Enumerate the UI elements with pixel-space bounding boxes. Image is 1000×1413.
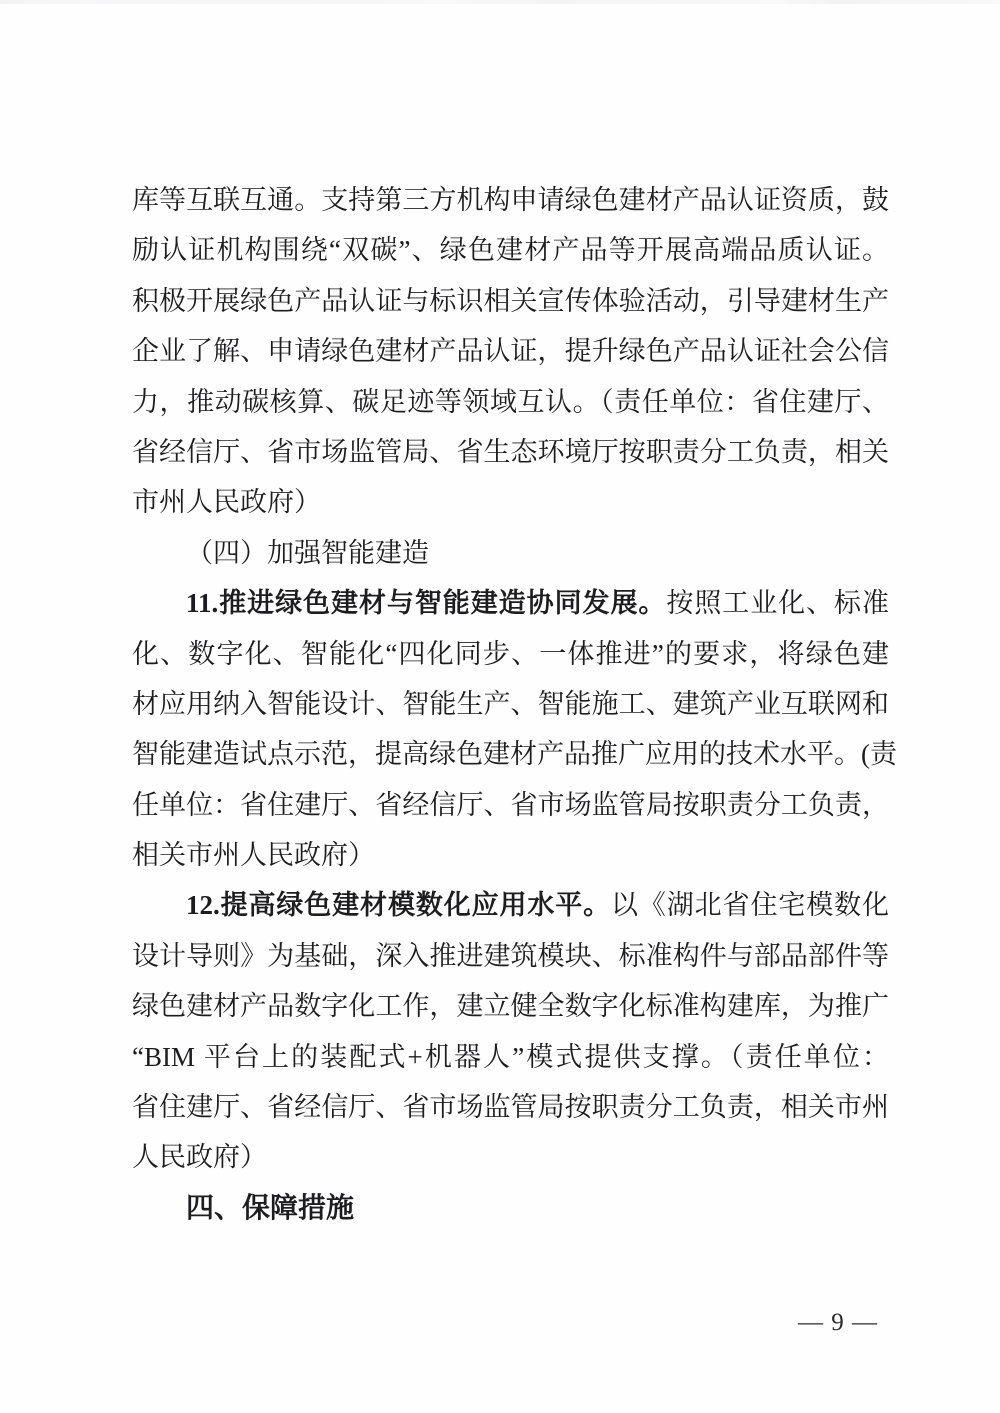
text-line: 12.提高绿色建材模数化应用水平。以《湖北省住宅模数化: [132, 880, 889, 930]
text-line-rest: 按照工业化、标准: [666, 588, 889, 618]
page-number: — 9 —: [796, 1308, 880, 1338]
item-12-lead: 12.提高绿色建材模数化应用水平。: [186, 890, 611, 920]
section-heading-4: （四）加强智能建造: [132, 528, 889, 578]
text-line: 省住建厅、省经信厅、省市场监管局按职责分工负责，相关市州: [132, 1082, 889, 1132]
text-line: 省经信厅、省市场监管局、省生态环境厅按职责分工负责，相关: [132, 427, 889, 477]
section-heading-safeguards: 四、保障措施: [132, 1183, 889, 1233]
text-line: 智能建造试点示范，提高绿色建材产品推广应用的技术水平。(责: [132, 729, 889, 779]
text-line: 材应用纳入智能设计、智能生产、智能施工、建筑产业互联网和: [132, 679, 889, 729]
text-line: “BIM 平台上的装配式+机器人”模式提供支撑。（责任单位：: [132, 1032, 889, 1082]
text-line: 任单位：省住建厅、省经信厅、省市场监管局按职责分工负责，: [132, 780, 889, 830]
text-line: 力，推动碳核算、碳足迹等领域互认。（责任单位：省住建厅、: [132, 377, 889, 427]
text-line: 积极开展绿色产品认证与标识相关宣传体验活动，引导建材生产: [132, 276, 889, 326]
text-line: 绿色建材产品数字化工作，建立健全数字化标准构建库，为推广: [132, 981, 889, 1031]
text-line-rest: 以《湖北省住宅模数化: [611, 890, 889, 920]
text-line: 设计导则》为基础，深入推进建筑模块、标准构件与部品部件等: [132, 931, 889, 981]
text-line: 相关市州人民政府）: [132, 830, 889, 880]
item-11-lead: 11.推进绿色建材与智能建造协同发展。: [186, 588, 666, 618]
text-line: 人民政府）: [132, 1132, 889, 1182]
text-line: 励认证机构围绕“双碳”、绿色建材产品等开展高端品质认证。: [132, 225, 889, 275]
text-line: 库等互联互通。支持第三方机构申请绿色建材产品认证资质，鼓: [132, 175, 889, 225]
text-line: 化、数字化、智能化“四化同步、一体推进”的要求，将绿色建: [132, 629, 889, 679]
text-column: 库等互联互通。支持第三方机构申请绿色建材产品认证资质，鼓 励认证机构围绕“双碳”…: [132, 175, 889, 1233]
text-line: 企业了解、申请绿色建材产品认证，提升绿色产品认证社会公信: [132, 326, 889, 376]
text-line: 市州人民政府）: [132, 477, 889, 527]
text-line: 11.推进绿色建材与智能建造协同发展。按照工业化、标准: [132, 578, 889, 628]
scan-artifact-line: [0, 0, 1000, 4]
document-page: 库等互联互通。支持第三方机构申请绿色建材产品认证资质，鼓 励认证机构围绕“双碳”…: [0, 0, 1000, 1413]
